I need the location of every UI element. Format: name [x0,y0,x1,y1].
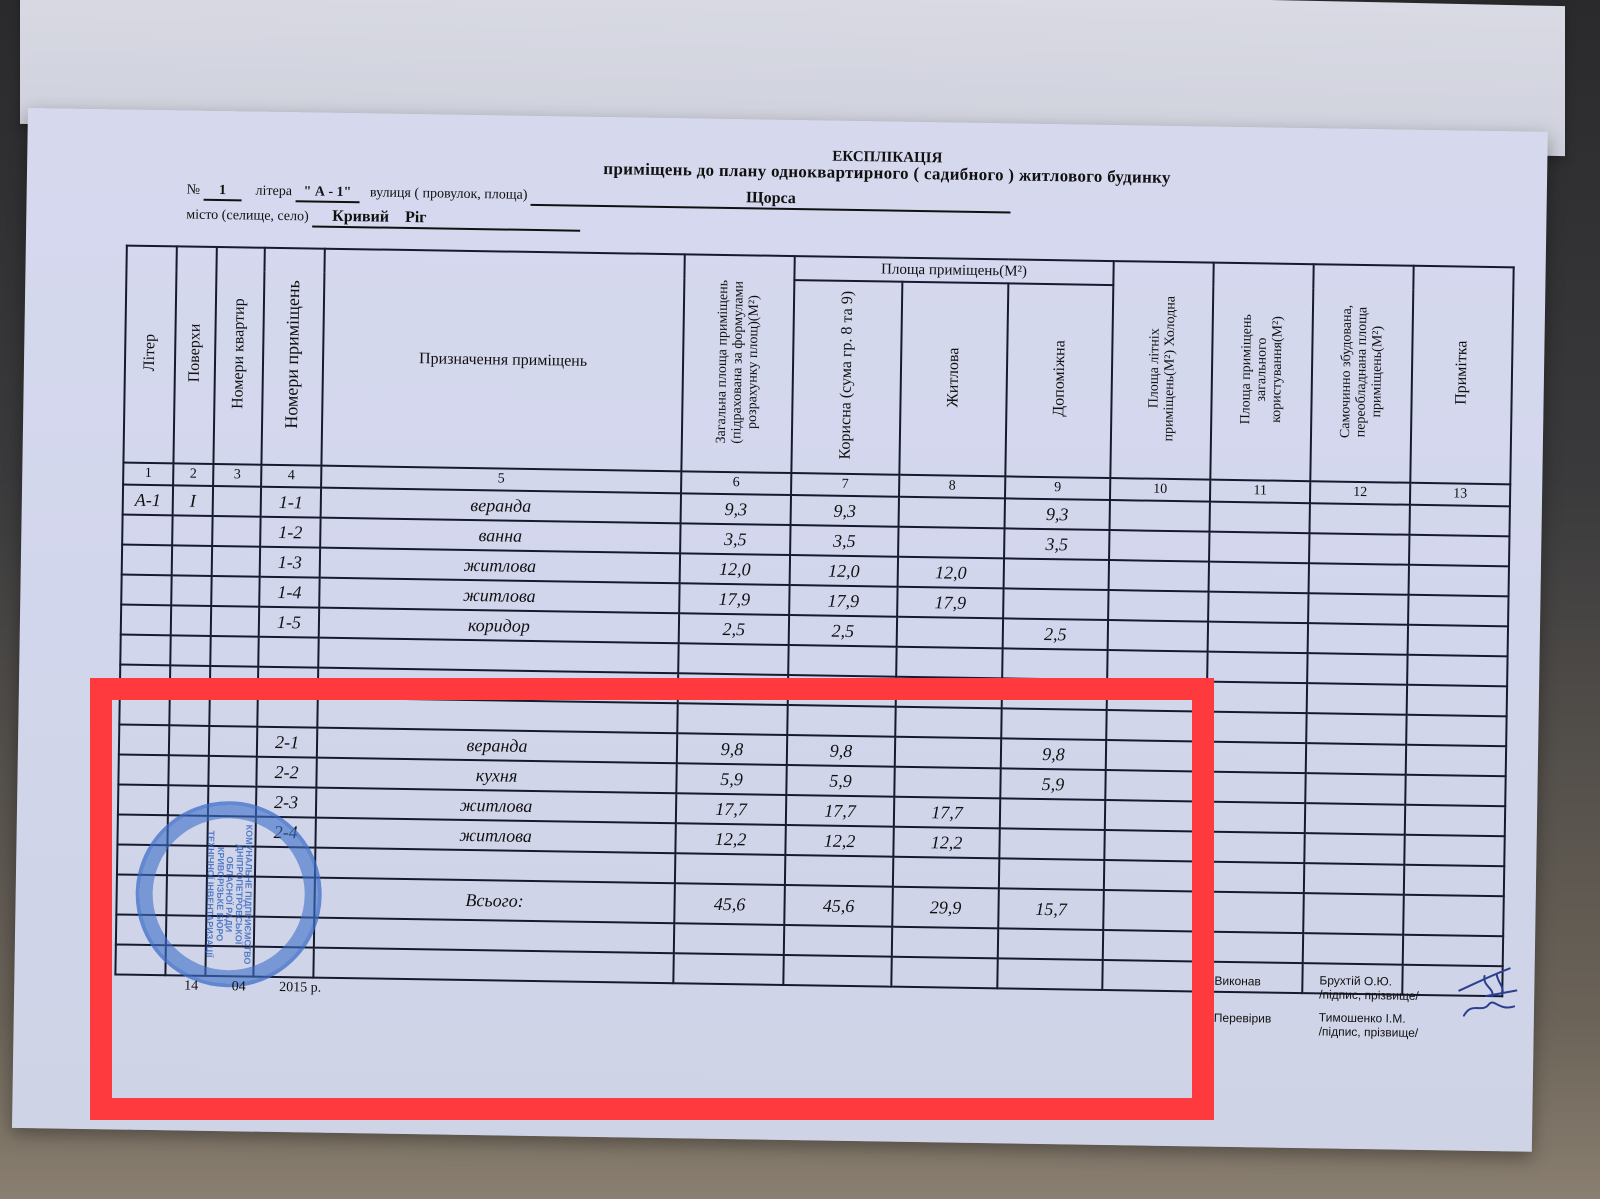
cell-floor [171,575,211,606]
cell-apt [207,816,255,847]
cell-empty [1109,530,1209,562]
cell-useful: 9,3 [791,495,899,527]
cell-useful: 12,2 [785,825,893,857]
cell-empty [1404,865,1504,897]
column-number: 8 [899,475,1005,499]
cell-total [678,673,788,705]
litera-label: літера [255,184,292,200]
cell-living [895,737,1001,769]
cell-living: 12,2 [893,827,999,859]
column-number: 3 [213,464,261,487]
cell-room [258,667,318,698]
cell-floor [169,695,209,726]
cell-litera [122,545,172,576]
cell-total: 12,0 [680,553,790,585]
cell-living: 17,7 [894,797,1000,829]
cell-floor [169,725,209,756]
cell-empty [166,875,207,916]
cell-living [895,707,1001,739]
column-number: 6 [681,471,791,495]
cell-empty [1210,502,1310,534]
cell-floor [171,605,211,636]
cell-aux [1000,798,1105,830]
cell-aux [999,828,1104,860]
cell-empty [1209,532,1309,564]
cell-total [677,703,787,735]
cell-living [894,767,1000,799]
cell-empty [1109,560,1209,592]
cell-living [893,857,999,889]
header-useful-area: Корисна (сума гр. 8 та 9) [791,280,902,475]
cell-empty [1208,592,1308,624]
checked-by: Перевірив Тимошенко І.М. /підпис, прізви… [1214,1009,1419,1041]
cell-living: 17,9 [897,587,1003,619]
cell-living [898,527,1004,559]
cell-floor [168,755,208,786]
cell-empty [1406,715,1506,747]
cell-empty [115,944,165,975]
cell-empty [1203,932,1303,964]
cell-empty [892,927,998,959]
cell-apt [210,666,258,697]
cell-empty [1204,862,1304,894]
explication-document: ЕКСПЛІКАЦІЯ приміщень до плану однокварт… [12,108,1548,1152]
header-living-area: Житлова [899,282,1008,477]
cell-empty [1204,832,1304,864]
date-year: 2015 р. [279,980,321,996]
cell-room: 2-3 [256,787,316,818]
cell-litera [121,575,171,606]
cell-empty [1108,620,1208,652]
cell-empty [1307,653,1407,685]
signers-block: Виконав Брухтій О.Ю. /підпис, прізвище/ … [1213,972,1419,1049]
header-summer-area: Площа літніх приміщень(М²) Холодна [1110,261,1213,480]
header-note: Примітка [1410,266,1513,485]
cell-empty [1408,595,1508,627]
cell-empty [1407,655,1507,687]
cell-aux: 3,5 [1004,528,1109,560]
cell-empty [1403,935,1503,967]
header-room-numbers: Номери приміщень [261,248,324,466]
cell-litera: А-1 [123,485,173,516]
cell-empty [166,915,206,946]
city-label: місто (селище, село) [186,208,309,225]
cell-aux: 2,5 [1003,618,1108,650]
cell-total: 9,8 [677,733,787,765]
cell-empty [1104,830,1204,862]
cell-empty [1103,930,1203,962]
cell-empty [1308,623,1408,655]
column-number: 13 [1410,483,1510,507]
total-aux: 15,7 [998,888,1104,930]
cell-litera [119,725,169,756]
cell-floor [168,785,208,816]
cell-apt [210,636,258,667]
cell-living [896,647,1002,679]
cell-living [896,677,1002,709]
cell-empty [1304,863,1404,895]
cell-empty [673,953,783,985]
cell-empty [1303,893,1404,935]
number-label: № [187,183,201,198]
cell-empty [1103,890,1204,932]
cell-total: 2,5 [679,613,789,645]
cell-useful: 17,7 [786,795,894,827]
cell-empty [1107,680,1207,712]
cell-living: 12,0 [898,557,1004,589]
column-number: 12 [1310,481,1410,505]
cell-litera [120,665,170,696]
litera-value: " А - 1" [295,184,359,203]
cell-aux [1002,648,1107,680]
cell-litera [121,605,171,636]
performed-name: Брухтій О.Ю. [1319,973,1419,989]
cell-aux [999,858,1104,890]
explication-table: Літер Поверхи Номери квартир Номери прим… [114,245,1514,998]
cell-useful: 17,9 [789,585,897,617]
cell-empty [1404,835,1504,867]
date-day: 14 [184,979,198,994]
cell-empty [1105,770,1205,802]
cell-room: 2-2 [256,757,316,788]
cell-litera [122,515,172,546]
checked-hint: /підпис, прізвище/ [1319,1025,1419,1041]
cell-empty [1309,533,1409,565]
cell-total: 17,7 [676,793,786,825]
cell-useful [785,855,893,887]
cell-empty [1405,805,1505,837]
cell-apt [208,756,256,787]
cell-living [899,497,1005,529]
performed-hint: /підпис, прізвище/ [1319,988,1419,1004]
cell-empty [1409,505,1509,537]
street-label: вулиця ( провулок, площа) [370,185,528,202]
cell-empty [254,917,314,948]
cell-apt [212,516,260,547]
number-value: 1 [203,183,241,202]
cell-empty [1104,860,1204,892]
cell-empty [997,958,1102,990]
header-apartment-numbers: Номери квартир [213,247,264,465]
checked-label: Перевірив [1214,1009,1289,1039]
cell-empty [1406,745,1506,777]
cell-room: 2-4 [255,817,315,848]
cell-empty [783,955,891,987]
cell-useful [788,645,896,677]
performed-label: Виконав [1214,972,1289,1002]
cell-useful: 3,5 [790,525,898,557]
cell-empty [1303,933,1403,965]
cell-empty [1408,625,1508,657]
cell-empty [1207,682,1307,714]
cell-empty [891,957,997,989]
cell-floor [167,845,207,876]
cell-apt [211,606,259,637]
cell-litera [120,635,170,666]
header-total-area: Загальна площа приміщень (підрахована за… [681,254,794,473]
cell-room: 1-1 [261,487,321,518]
header-litera: Літер [123,246,176,464]
cell-apt [209,696,257,727]
cell-empty [253,947,313,978]
city-line: місто (селище, село) Кривий Ріг [186,206,580,232]
header-unauthorized-area: Самочинно збудована, переобладнана площа… [1310,264,1413,483]
cell-floor [172,545,212,576]
cell-total: 17,9 [679,583,789,615]
cell-empty [1306,743,1406,775]
cell-room: 1-2 [260,517,320,548]
cell-litera [119,695,169,726]
cell-apt [209,726,257,757]
cell-empty [1102,960,1202,992]
cell-empty [784,925,892,957]
cell-empty [1409,535,1509,567]
cell-aux [1003,588,1108,620]
cell-apt [211,576,259,607]
cell-empty [1205,802,1305,834]
cell-empty [1206,742,1306,774]
cell-empty [1110,500,1210,532]
cell-empty [1208,622,1308,654]
header-common-area: Площа приміщень загального користування(… [1210,263,1313,482]
total-living: 29,9 [892,887,999,929]
cell-useful: 2,5 [789,615,897,647]
cell-empty [1306,713,1406,745]
cell-litera [117,814,167,845]
handwritten-signature-icon [1454,966,1525,1027]
cell-useful: 9,8 [787,735,895,767]
cell-total [675,853,785,885]
cell-empty [205,946,253,977]
city-value: Кривий Ріг [312,207,580,231]
cell-room: 1-5 [259,607,319,638]
cell-litera [118,755,168,786]
cell-empty [313,948,673,984]
header-floors: Поверхи [173,246,216,464]
cell-living [897,617,1003,649]
cell-empty [998,928,1103,960]
cell-aux [1002,678,1107,710]
cell-room: 1-4 [259,577,319,608]
cell-useful [787,705,895,737]
column-number: 11 [1210,480,1310,504]
cell-room: 2-1 [257,727,317,758]
cell-aux [1004,558,1109,590]
cell-empty [1309,503,1409,535]
cell-empty [1409,565,1509,597]
cell-empty [206,876,255,917]
cell-floor [170,635,210,666]
street-value: Щорса [531,186,1011,214]
cell-total: 3,5 [680,523,790,555]
cell-aux [1001,708,1106,740]
cell-aux: 9,8 [1001,738,1106,770]
cell-useful: 12,0 [790,555,898,587]
cell-empty [1305,803,1405,835]
cell-room [257,697,317,728]
cell-empty [1403,895,1504,937]
checked-name: Тимошенко І.М. [1319,1010,1419,1026]
cell-empty [1205,772,1305,804]
cell-empty [1407,685,1507,717]
cell-empty [1105,800,1205,832]
column-number: 7 [791,473,899,497]
cell-aux: 9,3 [1005,498,1110,530]
cell-floor [172,515,212,546]
cell-empty [1307,683,1407,715]
cell-empty [1107,650,1207,682]
date-month: 04 [232,979,246,994]
cell-empty [1108,590,1208,622]
cell-apt [208,786,256,817]
cell-empty [1206,712,1306,744]
cell-apt [207,846,255,877]
cell-litera [118,785,168,816]
cell-litera [117,844,167,875]
cell-empty [116,874,167,915]
cell-empty [1309,563,1409,595]
column-number: 1 [123,463,173,486]
column-number: 4 [261,465,321,488]
document-date: 14 04 2015 р. [184,979,351,998]
cell-floor [170,665,210,696]
column-number: 2 [173,463,213,486]
cell-empty [165,945,205,976]
cell-apt [213,486,261,517]
header-auxiliary-area: Допоміжна [1005,283,1113,478]
cell-floor [167,815,207,846]
cell-empty [1305,773,1405,805]
cell-empty [1203,892,1304,934]
cell-empty [1207,652,1307,684]
cell-empty [206,916,254,947]
cell-room [255,847,315,878]
cell-empty [1304,833,1404,865]
column-number: 9 [1005,476,1110,500]
column-number: 10 [1110,478,1210,502]
cell-useful [788,675,896,707]
cell-room: 1-3 [260,547,320,578]
cell-total: 5,9 [676,763,786,795]
total-useful: 45,6 [784,885,893,927]
cell-empty [674,923,784,955]
cell-total: 9,3 [681,493,791,525]
cell-empty [1405,775,1505,807]
cell-aux: 5,9 [1000,768,1105,800]
cell-apt [212,546,260,577]
total-total: 45,6 [674,883,785,925]
cell-empty [1209,562,1309,594]
cell-floor: І [173,485,213,516]
cell-total: 12,2 [675,823,785,855]
performed-by: Виконав Брухтій О.Ю. /підпис, прізвище/ [1214,972,1419,1004]
cell-empty [116,914,166,945]
cell-room [258,637,318,668]
cell-empty [1106,740,1206,772]
cell-total [678,643,788,675]
total-label: Всього: [314,878,675,924]
cell-empty [1106,710,1206,742]
header-room-purpose: Призначення приміщень [321,249,684,472]
cell-empty [1308,593,1408,625]
cell-empty [254,877,315,918]
cell-useful: 5,9 [786,765,894,797]
